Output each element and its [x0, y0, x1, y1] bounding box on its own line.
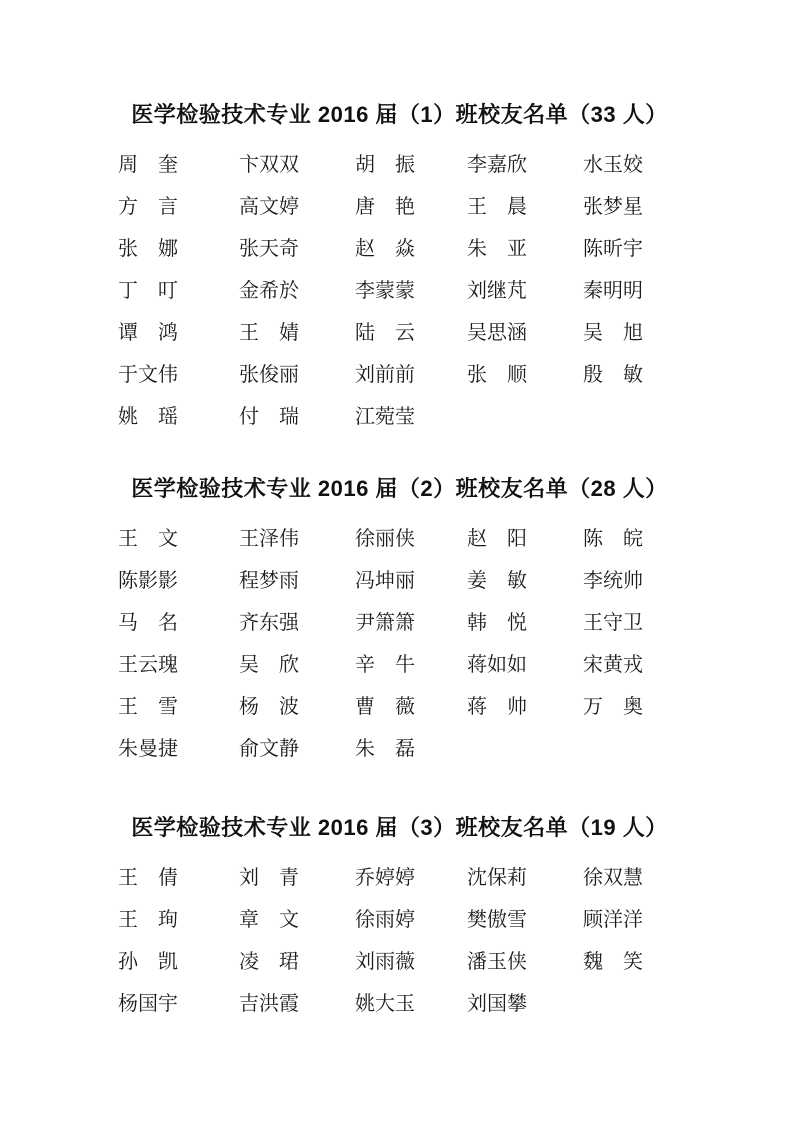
alumni-name: 陈昕宇 — [583, 238, 663, 260]
alumni-name: 水玉姣 — [583, 154, 663, 176]
name-grid-class1: 周 奎卞双双胡 振李嘉欣水玉姣方 言高文婷唐 艳王 晨张梦星张 娜张天奇赵 焱朱… — [118, 144, 663, 438]
alumni-name: 王 雪 — [118, 696, 239, 718]
alumni-name: 程梦雨 — [239, 570, 355, 592]
document-page: 医学检验技术专业 2016 届（1）班校友名单（33 人） 周 奎卞双双胡 振李… — [0, 0, 799, 1131]
alumni-name: 姚 瑶 — [118, 406, 239, 428]
alumni-name: 卞双双 — [239, 154, 355, 176]
alumni-section-class2: 医学检验技术专业 2016 届（2）班校友名单（28 人） 王 文王泽伟徐丽侠赵… — [0, 473, 799, 770]
alumni-name: 王守卫 — [583, 612, 663, 634]
alumni-name: 赵 焱 — [355, 238, 467, 260]
alumni-name: 朱 亚 — [467, 238, 583, 260]
alumni-name: 丁 叮 — [118, 280, 239, 302]
alumni-name: 沈保莉 — [467, 867, 583, 889]
alumni-name: 朱 磊 — [355, 738, 467, 760]
alumni-name: 杨 波 — [239, 696, 355, 718]
alumni-name: 吴思涵 — [467, 322, 583, 344]
section-title-class1: 医学检验技术专业 2016 届（1）班校友名单（33 人） — [0, 99, 799, 131]
alumni-name: 于文伟 — [118, 364, 239, 386]
alumni-name: 蒋 帅 — [467, 696, 583, 718]
alumni-section-class1: 医学检验技术专业 2016 届（1）班校友名单（33 人） 周 奎卞双双胡 振李… — [0, 99, 799, 438]
alumni-name: 宋黄戎 — [583, 654, 663, 676]
alumni-name: 姜 敏 — [467, 570, 583, 592]
alumni-name: 唐 艳 — [355, 196, 467, 218]
alumni-name: 胡 振 — [355, 154, 467, 176]
alumni-name: 金希於 — [239, 280, 355, 302]
alumni-name: 辛 牛 — [355, 654, 467, 676]
alumni-name: 张俊丽 — [239, 364, 355, 386]
alumni-name: 周 奎 — [118, 154, 239, 176]
alumni-name: 王 晨 — [467, 196, 583, 218]
alumni-name: 吴 欣 — [239, 654, 355, 676]
alumni-name: 徐丽侠 — [355, 528, 467, 550]
alumni-name: 顾洋洋 — [583, 909, 663, 931]
alumni-name: 吉洪霞 — [239, 993, 355, 1015]
alumni-name: 吴 旭 — [583, 322, 663, 344]
alumni-name: 徐双慧 — [583, 867, 663, 889]
alumni-name: 曹 薇 — [355, 696, 467, 718]
alumni-name: 张 顺 — [467, 364, 583, 386]
alumni-name: 王泽伟 — [239, 528, 355, 550]
alumni-name: 陆 云 — [355, 322, 467, 344]
alumni-name: 张梦星 — [583, 196, 663, 218]
alumni-name: 王云瑰 — [118, 654, 239, 676]
section-title-class2: 医学检验技术专业 2016 届（2）班校友名单（28 人） — [0, 473, 799, 505]
alumni-name: 李统帅 — [583, 570, 663, 592]
alumni-name: 殷 敏 — [583, 364, 663, 386]
alumni-name: 齐东强 — [239, 612, 355, 634]
alumni-name: 刘前前 — [355, 364, 467, 386]
alumni-name: 李嘉欣 — [467, 154, 583, 176]
alumni-name: 潘玉侠 — [467, 951, 583, 973]
alumni-name: 魏 笑 — [583, 951, 663, 973]
alumni-name: 刘国攀 — [467, 993, 583, 1015]
alumni-name: 马 名 — [118, 612, 239, 634]
alumni-name: 杨国宇 — [118, 993, 239, 1015]
alumni-name: 方 言 — [118, 196, 239, 218]
alumni-name: 章 文 — [239, 909, 355, 931]
alumni-name: 王 文 — [118, 528, 239, 550]
name-grid-class3: 王 倩刘 青乔婷婷沈保莉徐双慧王 珣章 文徐雨婷樊傲雪顾洋洋孙 凯凌 珺刘雨薇潘… — [118, 857, 663, 1025]
alumni-section-class3: 医学检验技术专业 2016 届（3）班校友名单（19 人） 王 倩刘 青乔婷婷沈… — [0, 812, 799, 1025]
alumni-name: 陈 皖 — [583, 528, 663, 550]
alumni-name: 陈影影 — [118, 570, 239, 592]
alumni-name: 樊傲雪 — [467, 909, 583, 931]
alumni-name: 王 婧 — [239, 322, 355, 344]
alumni-name: 韩 悦 — [467, 612, 583, 634]
alumni-name: 张 娜 — [118, 238, 239, 260]
alumni-name: 秦明明 — [583, 280, 663, 302]
alumni-name: 李蒙蒙 — [355, 280, 467, 302]
name-grid-class2: 王 文王泽伟徐丽侠赵 阳陈 皖陈影影程梦雨冯坤丽姜 敏李统帅马 名齐东强尹箫箫韩… — [118, 518, 663, 770]
section-title-class3: 医学检验技术专业 2016 届（3）班校友名单（19 人） — [0, 812, 799, 844]
alumni-name: 俞文静 — [239, 738, 355, 760]
alumni-name: 蒋如如 — [467, 654, 583, 676]
alumni-name: 王 珣 — [118, 909, 239, 931]
alumni-name: 谭 鸿 — [118, 322, 239, 344]
alumni-name: 徐雨婷 — [355, 909, 467, 931]
alumni-name: 孙 凯 — [118, 951, 239, 973]
alumni-name: 万 奥 — [583, 696, 663, 718]
alumni-name: 尹箫箫 — [355, 612, 467, 634]
alumni-name: 朱曼捷 — [118, 738, 239, 760]
alumni-name: 付 瑞 — [239, 406, 355, 428]
alumni-name: 刘继芃 — [467, 280, 583, 302]
alumni-name: 王 倩 — [118, 867, 239, 889]
alumni-name: 冯坤丽 — [355, 570, 467, 592]
alumni-name: 姚大玉 — [355, 993, 467, 1015]
alumni-name: 赵 阳 — [467, 528, 583, 550]
alumni-name: 江菀莹 — [355, 406, 467, 428]
alumni-name: 刘雨薇 — [355, 951, 467, 973]
alumni-name: 凌 珺 — [239, 951, 355, 973]
alumni-name: 高文婷 — [239, 196, 355, 218]
alumni-name: 张天奇 — [239, 238, 355, 260]
alumni-name: 乔婷婷 — [355, 867, 467, 889]
alumni-name: 刘 青 — [239, 867, 355, 889]
